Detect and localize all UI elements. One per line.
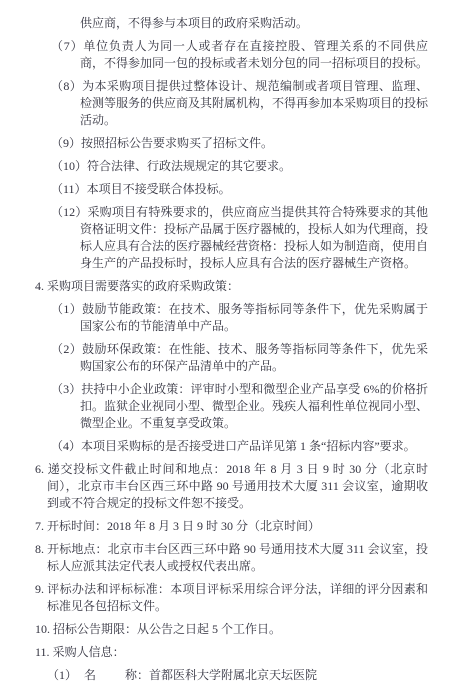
item-marker: （4） [51, 439, 81, 453]
item-text: 开标时间：2018 年 8 月 3 日 9 时 30 分（北京时间） [47, 519, 320, 533]
list-item-9: 9.评标办法和评标标准：本项目评标采用综合评分法，详细的评分因素和标准见各包招标… [0, 581, 428, 615]
item-marker: （8） [51, 79, 82, 93]
item-text: 评标办法和评标标准：本项目评标采用综合评分法，详细的评分因素和标准见各包招标文件… [47, 582, 428, 613]
item-marker: （1） [51, 302, 82, 316]
item-marker: （11） [51, 182, 87, 196]
item-text: 递交投标文件截止时间和地点：2018 年 8 月 3 日 9 时 30 分（北京… [47, 462, 428, 510]
item-marker: 4. [35, 279, 44, 293]
list-item-2: （2）鼓励环保政策：在性能、技术、服务等指标同等条件下，优先采购国家公布的环保产… [0, 341, 428, 375]
item-text: 为本采购项目提供过整体设计、规范编制或者项目管理、监理、检测等服务的供应商及其附… [80, 79, 428, 127]
document-body: 供应商，不得参与本项目的政府采购活动。（7）单位负责人为同一人或者存在直接控股、… [0, 15, 428, 684]
field-label-left: 名 [84, 668, 96, 682]
list-item-7: 7.开标时间：2018 年 8 月 3 日 9 时 30 分（北京时间） [0, 518, 428, 535]
list-item-4: （4）本项目采购标的是否接受进口产品详见第 1 条“招标内容”要求。 [0, 438, 428, 455]
list-item-12: （12）采购项目有特殊要求的，供应商应当提供其符合特殊要求的其他资格证明文件：投… [0, 204, 428, 272]
item-text: 采购项目需要落实的政府采购政策： [47, 279, 239, 293]
list-item-9: （9）按照招标公告要求购买了招标文件。 [0, 135, 428, 152]
item-text: 采购人信息： [53, 645, 125, 659]
list-item-1: （1）鼓励节能政策：在技术、服务等指标同等条件下，优先采购属于国家公布的节能清单… [0, 301, 428, 335]
item-text: 鼓励节能政策：在技术、服务等指标同等条件下，优先采购属于国家公布的节能清单中产品… [80, 302, 428, 333]
purchaser-name-row: （1）名称：首都医科大学附属北京天坛医院 [0, 667, 428, 684]
item-marker: （12） [51, 205, 88, 219]
item-text: 招标公告期限：从公告之日起 5 个工作日。 [53, 622, 281, 636]
list-item-11: 11.采购人信息： [0, 644, 428, 661]
list-item-4: 4.采购项目需要落实的政府采购政策： [0, 278, 428, 295]
field-value: 首都医科大学附属北京天坛医院 [149, 668, 317, 682]
item-marker: 8. [35, 542, 44, 556]
item-marker: 11. [35, 645, 50, 659]
item-text: 单位负责人为同一人或者存在直接控股、管理关系的不同供应商，不得参加同一包的投标或… [80, 39, 428, 70]
item-marker: 10. [35, 622, 50, 636]
item-marker: 7. [35, 519, 44, 533]
item-marker: （1） [47, 668, 77, 682]
item-marker: 9. [35, 582, 44, 596]
item-text: 采购项目有特殊要求的，供应商应当提供其符合特殊要求的其他资格证明文件：投标产品属… [80, 205, 428, 270]
item-text: 本项目采购标的是否接受进口产品详见第 1 条“招标内容”要求。 [81, 439, 416, 453]
item-marker: （10） [51, 159, 87, 173]
item-marker: （3） [51, 382, 81, 396]
list-item-3: （3）扶持中小企业政策：评审时小型和微型企业产品享受 6%的价格折扣。监狱企业视… [0, 381, 428, 432]
item-marker: 6. [35, 462, 44, 476]
item-text: 本项目不接受联合体投标。 [87, 182, 231, 196]
list-item-8: 8.开标地点：北京市丰台区西三环中路 90 号通用技术大厦 311 会议室，投标… [0, 541, 428, 575]
item-text: 鼓励环保政策：在性能、技术、服务等指标同等条件下，优先采购国家公布的环保产品清单… [80, 342, 428, 373]
list-item-10: 10.招标公告期限：从公告之日起 5 个工作日。 [0, 621, 428, 638]
list-item-7: （7）单位负责人为同一人或者存在直接控股、管理关系的不同供应商，不得参加同一包的… [0, 38, 428, 72]
item-marker: （2） [51, 342, 82, 356]
item-text: 开标地点：北京市丰台区西三环中路 90 号通用技术大厦 311 会议室，投标人应… [47, 542, 428, 573]
list-item-6: 6.递交投标文件截止时间和地点：2018 年 8 月 3 日 9 时 30 分（… [0, 461, 428, 512]
paragraph-continuation: 供应商，不得参与本项目的政府采购活动。 [0, 15, 428, 32]
item-text: 按照招标公告要求购买了招标文件。 [81, 136, 273, 150]
document-page: 供应商，不得参与本项目的政府采购活动。（7）单位负责人为同一人或者存在直接控股、… [0, 0, 458, 700]
item-marker: （9） [51, 136, 81, 150]
item-marker: （7） [51, 39, 83, 53]
list-item-10: （10）符合法律、行政法规规定的其它要求。 [0, 158, 428, 175]
item-text: 供应商，不得参与本项目的政府采购活动。 [80, 16, 308, 30]
item-text: 符合法律、行政法规规定的其它要求。 [87, 159, 291, 173]
list-item-8: （8）为本采购项目提供过整体设计、规范编制或者项目管理、监理、检测等服务的供应商… [0, 78, 428, 129]
item-text: 扶持中小企业政策：评审时小型和微型企业产品享受 6%的价格折扣。监狱企业视同小型… [80, 382, 428, 430]
list-item-11: （11）本项目不接受联合体投标。 [0, 181, 428, 198]
field-label-right: 称： [125, 668, 149, 682]
